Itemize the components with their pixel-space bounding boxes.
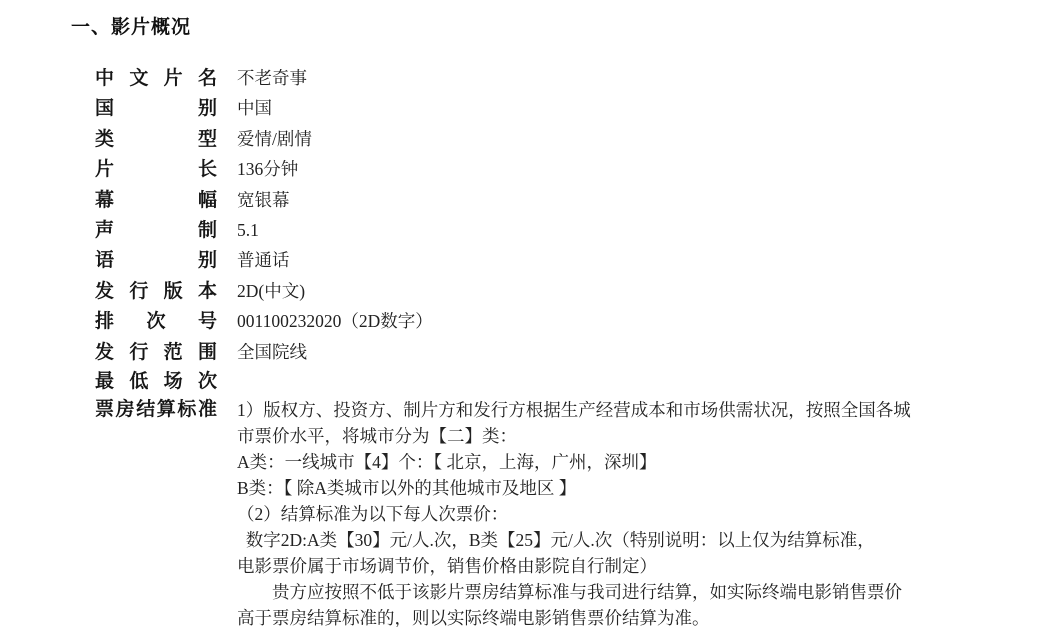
field-row-settlement-standard: 票房结算标准 1）版权方、投资方、制片方和发行方根据生产经营成本和市场供需状况，… xyxy=(95,397,911,627)
field-label: 最低场次 xyxy=(95,367,217,397)
field-row-country: 国别 中国 xyxy=(95,93,911,123)
field-value: 全国院线 xyxy=(237,337,307,367)
settlement-line: 1）版权方、投资方、制片方和发行方根据生产经营成本和市场供需状况，按照全国各城 xyxy=(237,397,911,423)
field-label: 声制 xyxy=(95,216,217,246)
document-page: 一、影片概况 中文片名 不老奇事 国别 中国 类型 爱情/剧情 片长 136分钟… xyxy=(0,0,1055,627)
field-label: 票房结算标准 xyxy=(95,397,217,423)
field-row-release-version: 发行版本 2D(中文) xyxy=(95,276,911,306)
field-label: 类型 xyxy=(95,125,217,155)
settlement-line: 数字2D:A类【30】元/人.次，B类【25】元/人.次（特别说明：以上仅为结算… xyxy=(237,527,911,553)
field-value: 2D(中文) xyxy=(237,276,305,306)
field-value: 5.1 xyxy=(237,215,259,245)
field-label: 语别 xyxy=(95,246,217,276)
field-row-screen-format: 幕幅 宽银幕 xyxy=(95,185,911,215)
field-row-runtime: 片长 136分钟 xyxy=(95,154,911,184)
settlement-line: 市票价水平，将城市分为【二】类： xyxy=(237,423,911,449)
film-overview-table: 中文片名 不老奇事 国别 中国 类型 爱情/剧情 片长 136分钟 幕幅 宽银幕… xyxy=(95,63,911,627)
settlement-line: 贵方应按照不低于该影片票房结算标准与我司进行结算，如实际终端电影销售票价 xyxy=(237,579,911,605)
settlement-line: （2）结算标准为以下每人次票价： xyxy=(237,501,911,527)
field-label: 幕幅 xyxy=(95,186,217,216)
settlement-line: 高于票房结算标准的，则以实际终端电影销售票价结算为准。 xyxy=(237,605,911,627)
field-value: 普通话 xyxy=(237,245,290,275)
field-value: 136分钟 xyxy=(237,154,298,184)
section-title: 一、影片概况 xyxy=(71,12,191,39)
settlement-line: 电影票价属于市场调节价，销售价格由影院自行制定） xyxy=(237,553,911,579)
field-label: 排次号 xyxy=(95,307,217,337)
field-value: 中国 xyxy=(237,93,272,123)
field-value: 不老奇事 xyxy=(237,63,307,93)
field-row-serial-number: 排次号 001100232020（2D数字） xyxy=(95,306,911,336)
field-label: 中文片名 xyxy=(95,64,217,94)
settlement-paragraph: 1）版权方、投资方、制片方和发行方根据生产经营成本和市场供需状况，按照全国各城 … xyxy=(237,397,911,627)
field-value: 001100232020（2D数字） xyxy=(237,306,433,336)
settlement-line: B类：【 除A类城市以外的其他城市及地区 】 xyxy=(237,475,911,501)
field-label: 国别 xyxy=(95,94,217,124)
field-value: 宽银幕 xyxy=(237,185,290,215)
field-row-genre: 类型 爱情/剧情 xyxy=(95,124,911,154)
field-label: 发行范围 xyxy=(95,338,217,368)
field-row-chinese-title: 中文片名 不老奇事 xyxy=(95,63,911,93)
field-value: 爱情/剧情 xyxy=(237,124,312,154)
field-label: 片长 xyxy=(95,155,217,185)
field-label: 发行版本 xyxy=(95,277,217,307)
settlement-line: A类：一线城市【4】个：【 北京，上海，广州，深圳】 xyxy=(237,449,911,475)
field-row-distribution-scope: 发行范围 全国院线 xyxy=(95,337,911,367)
field-row-minimum-screenings: 最低场次 xyxy=(95,367,911,397)
field-row-sound-format: 声制 5.1 xyxy=(95,215,911,245)
field-row-language: 语别 普通话 xyxy=(95,245,911,275)
